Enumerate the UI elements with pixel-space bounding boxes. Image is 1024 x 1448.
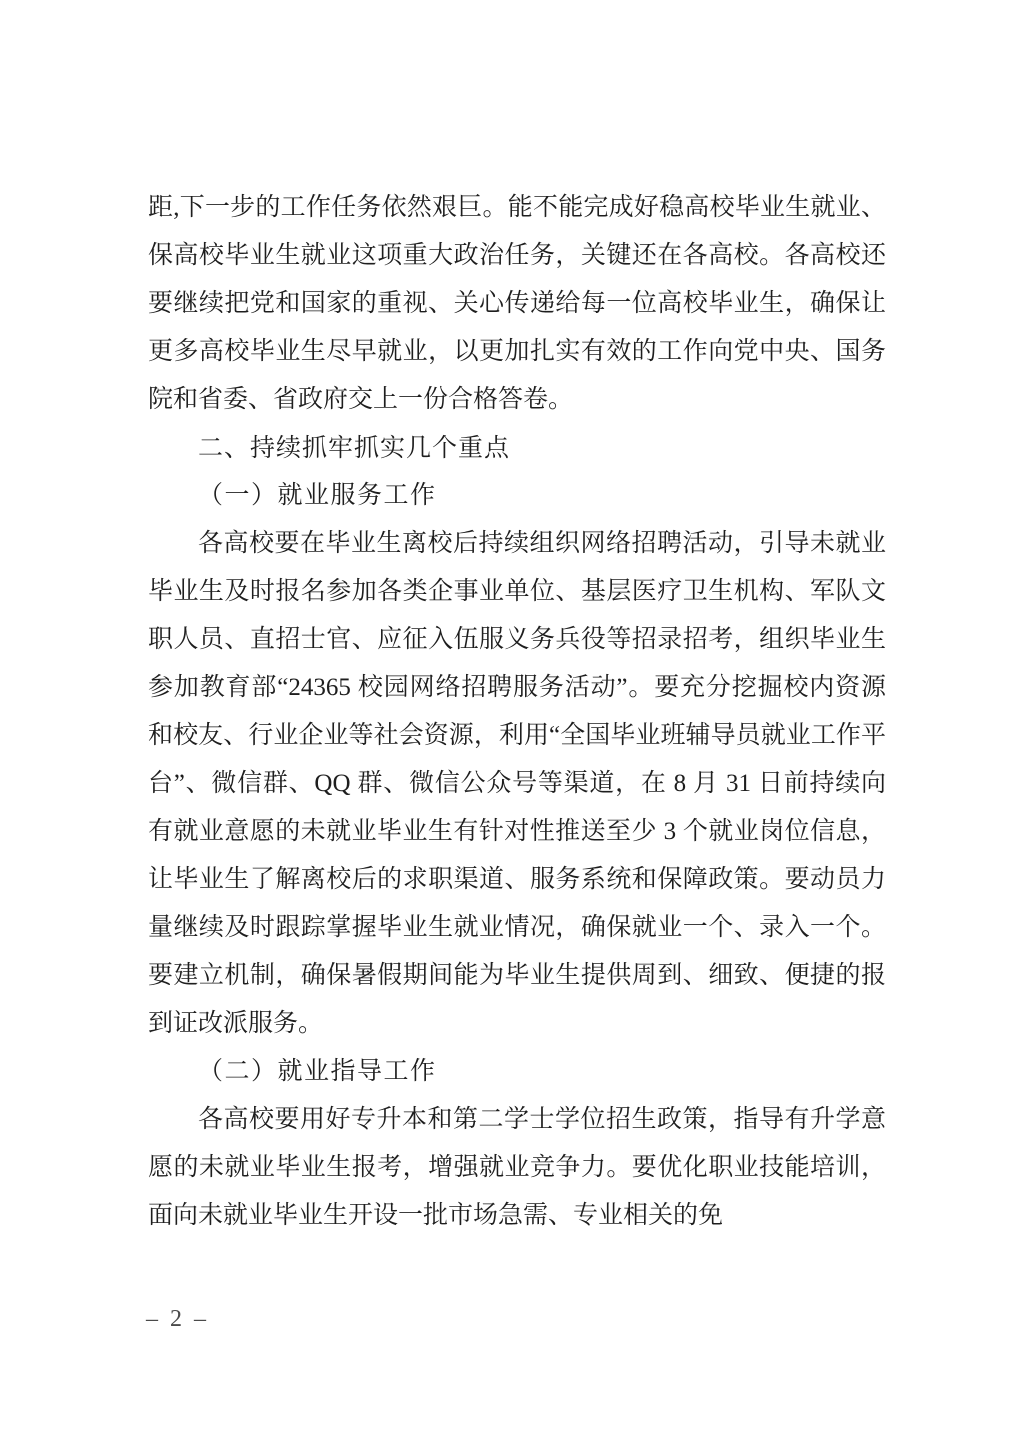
page-number: – 2 – (146, 1303, 209, 1335)
section-heading-2: 二、持续抓牢抓实几个重点 (148, 424, 886, 472)
paragraph-employment-guidance: 各高校要用好专升本和第二学士学位招生政策，指导有升学意愿的未就业毕业生报考，增强… (148, 1096, 886, 1240)
paragraph-continued-from-previous-page: 距,下一步的工作任务依然艰巨。能不能完成好稳高校毕业生就业、保高校毕业生就业这项… (148, 184, 886, 424)
document-page: 距,下一步的工作任务依然艰巨。能不能完成好稳高校毕业生就业、保高校毕业生就业这项… (0, 0, 1024, 1448)
subsection-heading-employment-guidance: （二）就业指导工作 (148, 1048, 886, 1096)
document-body: 距,下一步的工作任务依然艰巨。能不能完成好稳高校毕业生就业、保高校毕业生就业这项… (148, 184, 886, 1240)
subsection-heading-employment-services: （一）就业服务工作 (148, 472, 886, 520)
paragraph-employment-services: 各高校要在毕业生离校后持续组织网络招聘活动，引导未就业毕业生及时报名参加各类企事… (148, 520, 886, 1048)
